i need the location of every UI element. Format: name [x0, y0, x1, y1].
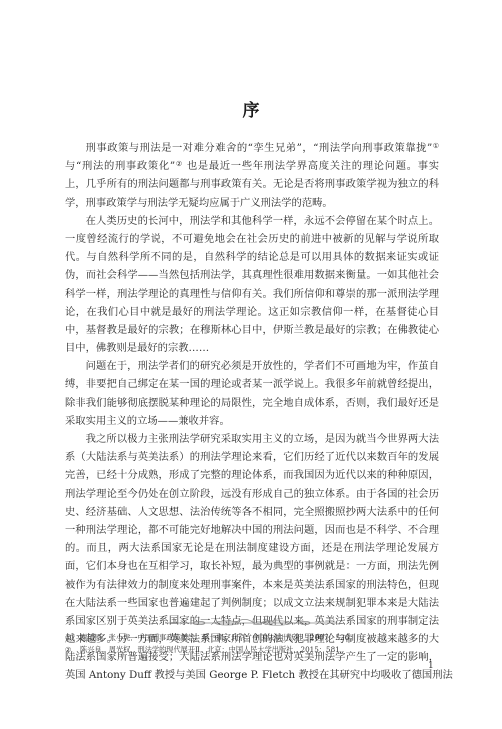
text-line-content: 问题在于，刑法学者们的研究必须是开放性的，学者们不可画地为牢，作茧自 — [86, 360, 439, 372]
text-line-content: 学，刑事政策学与刑法学无疑均应属于广义刑法学的范畴。 — [65, 197, 333, 209]
text-line: 面，它们本身也在互相学习，取长补短，最为典型的事例就是：一方面，刑法先例 — [65, 557, 439, 575]
text-line-content: 中，基督教是最好的宗教；在穆斯林心目中，伊斯兰教是最好的宗教；在佛教徒心 — [65, 324, 439, 336]
text-line: 在大陆法系一些国家也普遍建起了判例制度；以成文立法来规制犯罪本来是大陆法 — [65, 594, 439, 612]
text-line-content: 一度曾经流行的学说，不可避免地会在社会历史的前进中被新的见解与学说所取 — [65, 233, 439, 245]
footnote: ②陈兴良，周光权．刑法学的现代展开Ⅱ．北京：中国人民大学出版社，2015：581… — [65, 644, 445, 656]
text-line: 采取实用主义的立场——兼收并容。 — [65, 412, 439, 430]
text-line: 学，刑事政策学与刑法学无疑均应属于广义刑法学的范畴。 — [65, 194, 439, 212]
text-line-content: 代。与自然科学所不同的是，自然科学的结论总是可以用具体的数据来证实或证 — [65, 251, 439, 263]
text-line-content: 面，它们本身也在互相学习，取长补短，最为典型的事例就是：一方面，刑法先例 — [65, 560, 439, 572]
text-line: 除非我们能够彻底摆脱某种理论的局限性，完全地自成体系，否则，我们最好还是 — [65, 394, 439, 412]
text-line: 史、经济基础、人文思想、法治传统等各不相同，完全照搬照抄两大法系中的任何 — [65, 503, 439, 521]
text-line: 代。与自然科学所不同的是，自然科学的结论总是可以用具体的数据来证实或证 — [65, 248, 439, 266]
text-line-content: 一种刑法学理论，都不可能完好地解决中国的刑法问题，因而也是不科学、不合理 — [65, 524, 439, 536]
footnote-reference[interactable]: ① — [432, 142, 439, 150]
text-line-content: 缚，非要把自己绑定在某一国的理论或者某一派学说上。我很多年前就曾经提出， — [65, 378, 439, 390]
text-line-content: 我之所以极力主张刑法学研究采取实用主义的立场，是因为就当今世界两大法 — [86, 433, 439, 445]
text-line-content: 被作为有法律效力的制度来处理刑事案件，本来是英美法系国家的刑法特色，但现 — [65, 579, 439, 591]
footnote-reference[interactable]: ② — [175, 160, 183, 168]
text-line-content: 英国 Antony Duff 教授与美国 George P. Fletch 教授… — [65, 669, 453, 681]
text-line: 问题在于，刑法学者们的研究必须是开放性的，学者们不可画地为牢，作茧自 — [65, 357, 439, 375]
footnotes: ①谢望原，张小虎．中国刑事政策报告．第一辑．北京：中国法制出版社，2007：52… — [65, 632, 445, 656]
page-title: 序 — [0, 96, 502, 121]
document-page: 序 刑事政策与刑法是一对难分难舍的“孪生兄弟”，“刑法学向刑事政策靠拢”①与“刑… — [0, 0, 502, 729]
decorative-divider-icon — [165, 616, 337, 630]
text-line: 在人类历史的长河中，刑法学和其他科学一样，永远不会停留在某个时点上。 — [65, 212, 439, 230]
text-line-content: 目中，佛教则是最好的宗教…… — [65, 342, 209, 354]
text-line: 论，在我们心目中就是最好的刑法学理论。这正如宗教信仰一样，在基督徒心目 — [65, 303, 439, 321]
text-line: 被作为有法律效力的制度来处理刑事案件，本来是英美法系国家的刑法特色，但现 — [65, 576, 439, 594]
text-line-content: 除非我们能够彻底摆脱某种理论的局限性，完全地自成体系，否则，我们最好还是 — [65, 397, 439, 409]
text-line-content: 刑法学理论至今仍处在创立阶段，远没有形成自己的独立体系。由于各国的社会历 — [65, 488, 439, 500]
text-line: 上，几乎所有的刑法问题都与刑事政策有关。无论是否将刑事政策学视为独立的科 — [65, 175, 439, 193]
footnote: ①谢望原，张小虎．中国刑事政策报告．第一辑．北京：中国法制出版社，2007：52… — [65, 632, 445, 644]
body-text: 刑事政策与刑法是一对难分难舍的“孪生兄弟”，“刑法学向刑事政策靠拢”①与“刑法的… — [65, 139, 439, 685]
text-line-content: 刑事政策与刑法是一对难分难舍的“孪生兄弟”，“刑法学向刑事政策靠拢” — [86, 142, 433, 154]
text-line: 一度曾经流行的学说，不可避免地会在社会历史的前进中被新的见解与学说所取 — [65, 230, 439, 248]
text-line: 完善，已经十分成熟，形成了完整的理论体系，而我国因为近代以来的种种原因， — [65, 466, 439, 484]
text-line-content: 论，在我们心目中就是最好的刑法学理论。这正如宗教信仰一样，在基督徒心目 — [65, 306, 439, 318]
text-line-content: 在人类历史的长河中，刑法学和其他科学一样，永远不会停留在某个时点上。 — [86, 215, 439, 227]
text-line: 与“刑法的刑事政策化”② 也是最近一些年刑法学界高度关注的理论问题。事实 — [65, 157, 439, 175]
text-line: 科学一样，刑法学理论的真理性与信仰有关。我们所信仰和尊崇的那一派刑法学理 — [65, 285, 439, 303]
footnote-text: 陈兴良，周光权．刑法学的现代展开Ⅱ．北京：中国人民大学出版社，2015：581． — [80, 645, 347, 654]
text-line-content: 伪，而社会科学——当然包括刑法学，其真理性很难用数据来衡量。一如其他社会 — [65, 269, 439, 281]
text-line: 目中，佛教则是最好的宗教…… — [65, 339, 439, 357]
footnote-text: 谢望原，张小虎．中国刑事政策报告．第一辑．北京：中国法制出版社，2007：526… — [80, 633, 356, 642]
text-line-content: 在大陆法系一些国家也普遍建起了判例制度；以成文立法来规制犯罪本来是大陆法 — [65, 597, 439, 609]
footnote-number: ① — [65, 632, 80, 644]
page-number: 1 — [428, 661, 434, 671]
text-line: 缚，非要把自己绑定在某一国的理论或者某一派学说上。我很多年前就曾经提出， — [65, 375, 439, 393]
text-line: 伪，而社会科学——当然包括刑法学，其真理性很难用数据来衡量。一如其他社会 — [65, 266, 439, 284]
text-line-content: 的。而且，两大法系国家无论是在刑法制度建设方面，还是在刑法学理论发展方 — [65, 542, 439, 554]
text-line-content: 采取实用主义的立场——兼收并容。 — [65, 415, 230, 427]
text-line-content: 完善，已经十分成熟，形成了完整的理论体系，而我国因为近代以来的种种原因， — [65, 469, 439, 481]
text-line: 一种刑法学理论，都不可能完好地解决中国的刑法问题，因而也是不科学、不合理 — [65, 521, 439, 539]
text-line: 的。而且，两大法系国家无论是在刑法制度建设方面，还是在刑法学理论发展方 — [65, 539, 439, 557]
text-line: 刑法学理论至今仍处在创立阶段，远没有形成自己的独立体系。由于各国的社会历 — [65, 485, 439, 503]
footnote-number: ② — [65, 644, 80, 656]
text-line-content: 科学一样，刑法学理论的真理性与信仰有关。我们所信仰和尊崇的那一派刑法学理 — [65, 288, 439, 300]
text-line-content: 上，几乎所有的刑法问题都与刑事政策有关。无论是否将刑事政策学视为独立的科 — [65, 178, 439, 190]
text-line: 刑事政策与刑法是一对难分难舍的“孪生兄弟”，“刑法学向刑事政策靠拢”① — [65, 139, 439, 157]
text-line: 系（大陆法系与英美法系）的刑法学理论来看，它们历经了近代以来数百年的发展 — [65, 448, 439, 466]
text-line-content: 系（大陆法系与英美法系）的刑法学理论来看，它们历经了近代以来数百年的发展 — [65, 451, 439, 463]
text-line-content: 与“刑法的刑事政策化” — [65, 160, 175, 172]
text-line: 中，基督教是最好的宗教；在穆斯林心目中，伊斯兰教是最好的宗教；在佛教徒心 — [65, 321, 439, 339]
text-line-content: 史、经济基础、人文思想、法治传统等各不相同，完全照搬照抄两大法系中的任何 — [65, 506, 439, 518]
text-line: 英国 Antony Duff 教授与美国 George P. Fletch 教授… — [65, 666, 439, 684]
text-line: 我之所以极力主张刑法学研究采取实用主义的立场，是因为就当今世界两大法 — [65, 430, 439, 448]
text-line-content: 也是最近一些年刑法学界高度关注的理论问题。事实 — [183, 160, 439, 172]
